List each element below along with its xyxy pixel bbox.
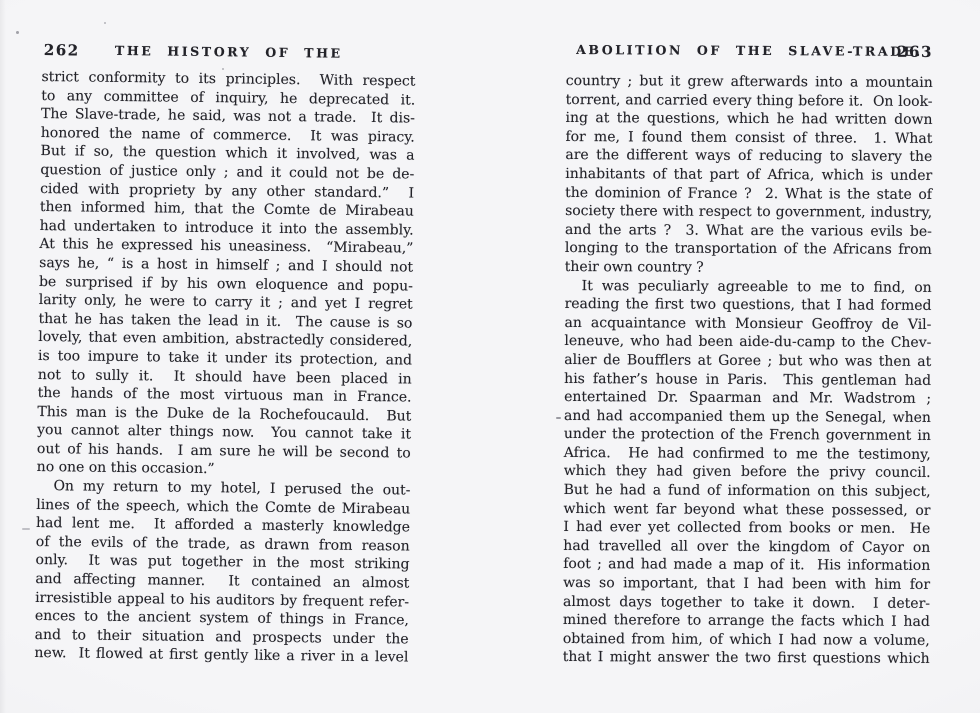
text-line: longingtothetransportationoftheAfricansf… — [565, 239, 932, 260]
text-line: wassoimportant,thatIhadbeenwithhimfor — [563, 574, 930, 595]
page-number-left: 262 — [44, 40, 80, 60]
text-line: almostdaystogethertotakeitdown.Ideter- — [563, 593, 930, 614]
scan-speck — [556, 417, 561, 419]
text-line: Buthehadafundofinformationonthissubject, — [564, 481, 931, 502]
scan-speck — [22, 528, 30, 530]
text-line: leneuve,whohadbeenaide-du-camptotheChev- — [564, 332, 931, 353]
text-line: hadtravelledalloverthekingdomofCayoron — [563, 537, 930, 558]
text-line: hisfather’shouseinParis.Thisgentlemanhad — [564, 369, 931, 390]
text-line: undertheprotectionoftheFrenchgovernmenti… — [564, 425, 931, 446]
left-page-header: 262 THE HISTORY OF THE — [42, 40, 416, 65]
page-number-right: 263 — [897, 42, 933, 62]
running-head-left: THE HISTORY OF THE — [115, 41, 343, 64]
text-line: entertainedDr.SpaarmanandMr.Wadstrom; — [564, 388, 931, 409]
text-line: anacquaintancewithMonsieurGeoffroydeVil- — [564, 314, 931, 335]
text-line: country;butitgrewafterwardsintoamountain — [566, 72, 933, 93]
text-line: Ihadeveryetcollectedfrombooksormen.He — [563, 518, 930, 539]
right-page: ABOLITION OF THE SLAVE-TRADE. 263 countr… — [563, 36, 933, 669]
text-line: inhabitantsofthatpartofAfrica,whichisund… — [565, 165, 932, 186]
text-line: whichwentfarbeyondwhatthesepossessed,or — [563, 500, 930, 521]
text-line: forme,Ifoundthemconsistofthree.1.What — [565, 128, 932, 149]
text-line: andhadaccompaniedthemuptheSenegal,when — [564, 407, 931, 428]
text-line: whichtheyhadgivenbeforetheprivycouncil. — [564, 462, 931, 483]
text-line: thatImightanswerthetwofirstquestionswhic… — [563, 648, 930, 669]
running-head-right: ABOLITION OF THE SLAVE-TRADE. — [576, 40, 923, 62]
text-line: societytherewithrespecttogovernment,indu… — [565, 202, 932, 223]
text-line: their own country ? — [565, 258, 932, 279]
right-page-lines: country;butitgrewafterwardsintoamountain… — [563, 72, 933, 669]
left-page-lines: strictconformitytoitsprinciples.Withresp… — [34, 68, 415, 668]
text-line: Africa.Hehadconfirmedtomethetestimony, — [564, 444, 931, 465]
right-page-header: ABOLITION OF THE SLAVE-TRADE. 263 — [566, 40, 933, 62]
text-line: arethedifferentwaysofreducingtoslaveryth… — [565, 146, 932, 167]
left-page: 262 THE HISTORY OF THE strictconformityt… — [34, 36, 416, 668]
text-line: obtainedfromhim,ofwhichIhadnowavolume, — [563, 630, 930, 651]
text-line: minedthereforetoarrangethefactswhichIhad — [563, 611, 930, 632]
scan-speck — [104, 22, 106, 24]
text-line: readingthefirsttwoquestions,thatIhadform… — [565, 295, 932, 316]
text-line: thedominionofFrance?2.Whatisthestateof — [565, 184, 932, 205]
scan-speck — [16, 31, 19, 34]
text-line: torrent,andcarriedeverythingbeforeit.Onl… — [566, 91, 933, 112]
text-line: ingatthequestions,whichhehadwrittendown — [566, 109, 933, 130]
text-line: Itwaspeculiarlyagreeabletometofind,on — [565, 277, 932, 298]
text-line: andthearts?3.Whatarethevariousevilsbe- — [565, 221, 932, 242]
book-scan: 262 THE HISTORY OF THE strictconformityt… — [0, 0, 980, 713]
text-line: alierdeBoufflersatGoree;butwhowasthenat — [564, 351, 931, 372]
text-line: new.Itflowedatfirstgentlylikeariverinale… — [34, 644, 408, 667]
text-line: foot;andhadmadeamapofit.Hisinformation — [563, 555, 930, 576]
